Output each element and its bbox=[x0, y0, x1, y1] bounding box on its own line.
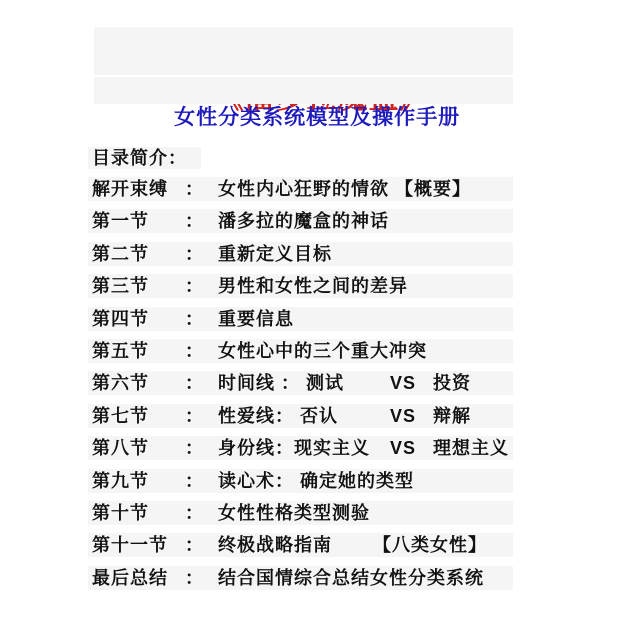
desc-left: 终极战略指南 bbox=[218, 535, 332, 555]
toc-row-6: 第六节 ： 时间线 ： 测试VS投资 bbox=[88, 371, 513, 395]
section-label: 第十节 bbox=[88, 501, 185, 525]
section-desc: 终极战略指南【八类女性】 bbox=[218, 533, 513, 557]
toc-row-12: 最后总结 ： 结合国情综合总结女性分类系统 bbox=[88, 566, 513, 590]
colon-separator: ： bbox=[185, 371, 218, 395]
toc-row-8: 第八节 ： 身份线：现实主义VS理想主义 bbox=[88, 436, 513, 460]
toc-row-7: 第七节 ： 性爱线： 否认VS辩解 bbox=[88, 404, 513, 428]
section-desc: 身份线：现实主义VS理想主义 bbox=[218, 436, 513, 460]
desc-right: 辩解 bbox=[433, 404, 471, 428]
vs-label: VS bbox=[390, 371, 416, 395]
toc-row-3: 第三节 ： 男性和女性之间的差异 bbox=[88, 274, 513, 298]
desc-left: 时间线 ： 测试 bbox=[218, 373, 344, 393]
section-desc: 女性心中的三个重大冲突 bbox=[218, 339, 513, 363]
section-desc: 男性和女性之间的差异 bbox=[218, 274, 513, 298]
section-desc: 女性性格类型测验 bbox=[218, 501, 513, 525]
section-label: 第十一节 bbox=[88, 533, 185, 557]
document-page: 《潘多拉魔盒》 女性分类系统模型及操作手册 目录简介： 解开束缚 ： 女性内心狂… bbox=[0, 0, 627, 618]
desc-right: 投资 bbox=[433, 371, 471, 395]
colon-separator: ： bbox=[185, 436, 218, 460]
vs-label: VS bbox=[390, 436, 416, 460]
colon-separator: ： bbox=[185, 209, 218, 233]
section-desc: 重新定义目标 bbox=[218, 242, 513, 266]
colon-separator: ： bbox=[185, 533, 218, 557]
section-label: 第五节 bbox=[88, 339, 185, 363]
colon-separator: ： bbox=[185, 274, 218, 298]
bracket-tag: 【八类女性】 bbox=[373, 533, 487, 557]
section-desc: 读心术： 确定她的类型 bbox=[218, 469, 513, 493]
section-label: 第二节 bbox=[88, 242, 185, 266]
colon-separator: ： bbox=[185, 404, 218, 428]
subtitle-banner: 女性分类系统模型及操作手册 bbox=[94, 77, 513, 104]
title-banner: 《潘多拉魔盒》 bbox=[94, 27, 513, 75]
toc-row-4: 第四节 ： 重要信息 bbox=[88, 307, 513, 331]
section-label: 第七节 bbox=[88, 404, 185, 428]
section-label: 最后总结 bbox=[88, 566, 185, 590]
desc-left: 性爱线： 否认 bbox=[218, 406, 338, 426]
section-desc: 潘多拉的魔盒的神话 bbox=[218, 209, 513, 233]
toc-row-overview: 解开束缚 ： 女性内心狂野的情欲 【概要】 bbox=[88, 177, 513, 201]
toc-row-2: 第二节 ： 重新定义目标 bbox=[88, 242, 513, 266]
toc-row-9: 第九节 ： 读心术： 确定她的类型 bbox=[88, 469, 513, 493]
colon-separator: ： bbox=[185, 307, 218, 331]
section-desc: 女性内心狂野的情欲 【概要】 bbox=[218, 177, 513, 201]
section-desc: 结合国情综合总结女性分类系统 bbox=[218, 566, 513, 590]
vs-label: VS bbox=[390, 404, 416, 428]
section-label: 第一节 bbox=[88, 209, 185, 233]
section-desc: 性爱线： 否认VS辩解 bbox=[218, 404, 513, 428]
toc-row-1: 第一节 ： 潘多拉的魔盒的神话 bbox=[88, 209, 513, 233]
section-desc: 时间线 ： 测试VS投资 bbox=[218, 371, 513, 395]
colon-separator: ： bbox=[185, 339, 218, 363]
toc-heading: 目录简介： bbox=[88, 147, 201, 169]
colon-separator: ： bbox=[185, 501, 218, 525]
desc-left: 身份线：现实主义 bbox=[218, 438, 370, 458]
section-label: 解开束缚 bbox=[88, 177, 185, 201]
colon-separator: ： bbox=[185, 566, 218, 590]
section-label: 第八节 bbox=[88, 436, 185, 460]
desc-right: 理想主义 bbox=[433, 436, 509, 460]
section-label: 第三节 bbox=[88, 274, 185, 298]
page-subtitle: 女性分类系统模型及操作手册 bbox=[174, 106, 460, 129]
table-of-contents: 目录简介： 解开束缚 ： 女性内心狂野的情欲 【概要】 第一节 ： 潘多拉的魔盒… bbox=[88, 147, 513, 598]
section-label: 第六节 bbox=[88, 371, 185, 395]
toc-row-10: 第十节 ： 女性性格类型测验 bbox=[88, 501, 513, 525]
colon-separator: ： bbox=[185, 469, 218, 493]
section-label: 第九节 bbox=[88, 469, 185, 493]
toc-row-11: 第十一节 ： 终极战略指南【八类女性】 bbox=[88, 533, 513, 557]
section-desc: 重要信息 bbox=[218, 307, 513, 331]
colon-separator: ： bbox=[185, 177, 218, 201]
toc-row-5: 第五节 ： 女性心中的三个重大冲突 bbox=[88, 339, 513, 363]
section-label: 第四节 bbox=[88, 307, 185, 331]
colon-separator: ： bbox=[185, 242, 218, 266]
